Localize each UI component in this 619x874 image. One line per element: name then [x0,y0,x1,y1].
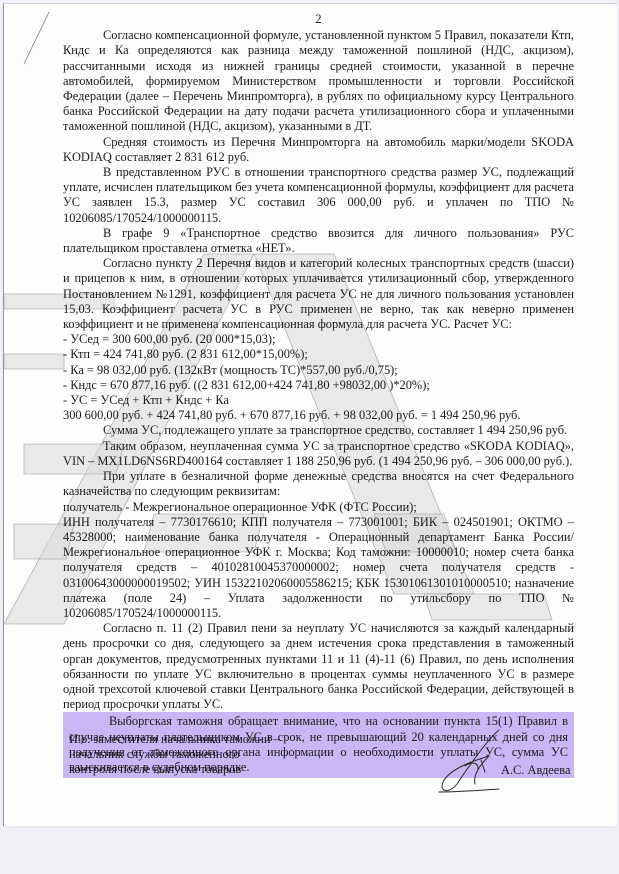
calc-line: - Ктп = 424 741,80 руб. (2 831 612,00*15… [63,347,574,362]
paragraph-personal-use-mark: В графе 9 «Транспортное средство ввозитс… [63,226,574,256]
paragraph-penalties: Согласно п. 11 (2) Правил пени за неупла… [63,621,574,712]
calc-line: - УС = УСед + Ктп + Кндс + Ка [63,393,574,408]
calc-line: - Ка = 98 032,00 руб. (132кВт (мощность … [63,363,574,378]
paragraph-coefficient: Согласно пункту 2 Перечня видов и катего… [63,256,574,332]
handwritten-signature-icon [429,726,519,796]
paragraph-rus-submitted: В представленном РУС в отношении транспо… [63,165,574,226]
document-page: 2 Согласно компенсационной формуле, уста… [3,3,617,826]
paragraph-unpaid-amount: Таким образом, неуплаченная сумма УС за … [63,439,574,469]
paragraph-recipient: получатель - Межрегиональное операционно… [63,500,574,515]
paragraph-payment-method: При уплате в безналичной форме денежные … [63,469,574,499]
calc-line: - УСед = 300 600,00 руб. (20 000*15,03); [63,332,574,347]
paragraph-average-cost: Средняя стоимость из Перечня Минпромторг… [63,135,574,165]
signer-name: А.С. Авдеева [501,763,571,778]
paragraph-bank-details: ИНН получателя – 7730176610; КПП получат… [63,515,574,621]
paragraph-compensation-formula: Согласно компенсационной формуле, устано… [63,28,574,134]
calc-total-line: 300 600,00 руб. + 424 741,80 руб. + 670 … [63,408,574,423]
calculation-block: - УСед = 300 600,00 руб. (20 000*15,03);… [63,332,574,423]
paragraph-total-due: Сумма УС, подлежащего уплате за транспор… [63,423,574,438]
page-number: 2 [63,12,574,27]
document-body: 2 Согласно компенсационной формуле, уста… [63,12,574,778]
signature-block: И.о. заместителя начальника таможни – на… [69,732,569,778]
calc-line: - Кндс = 670 877,16 руб. ((2 831 612,00+… [63,378,574,393]
